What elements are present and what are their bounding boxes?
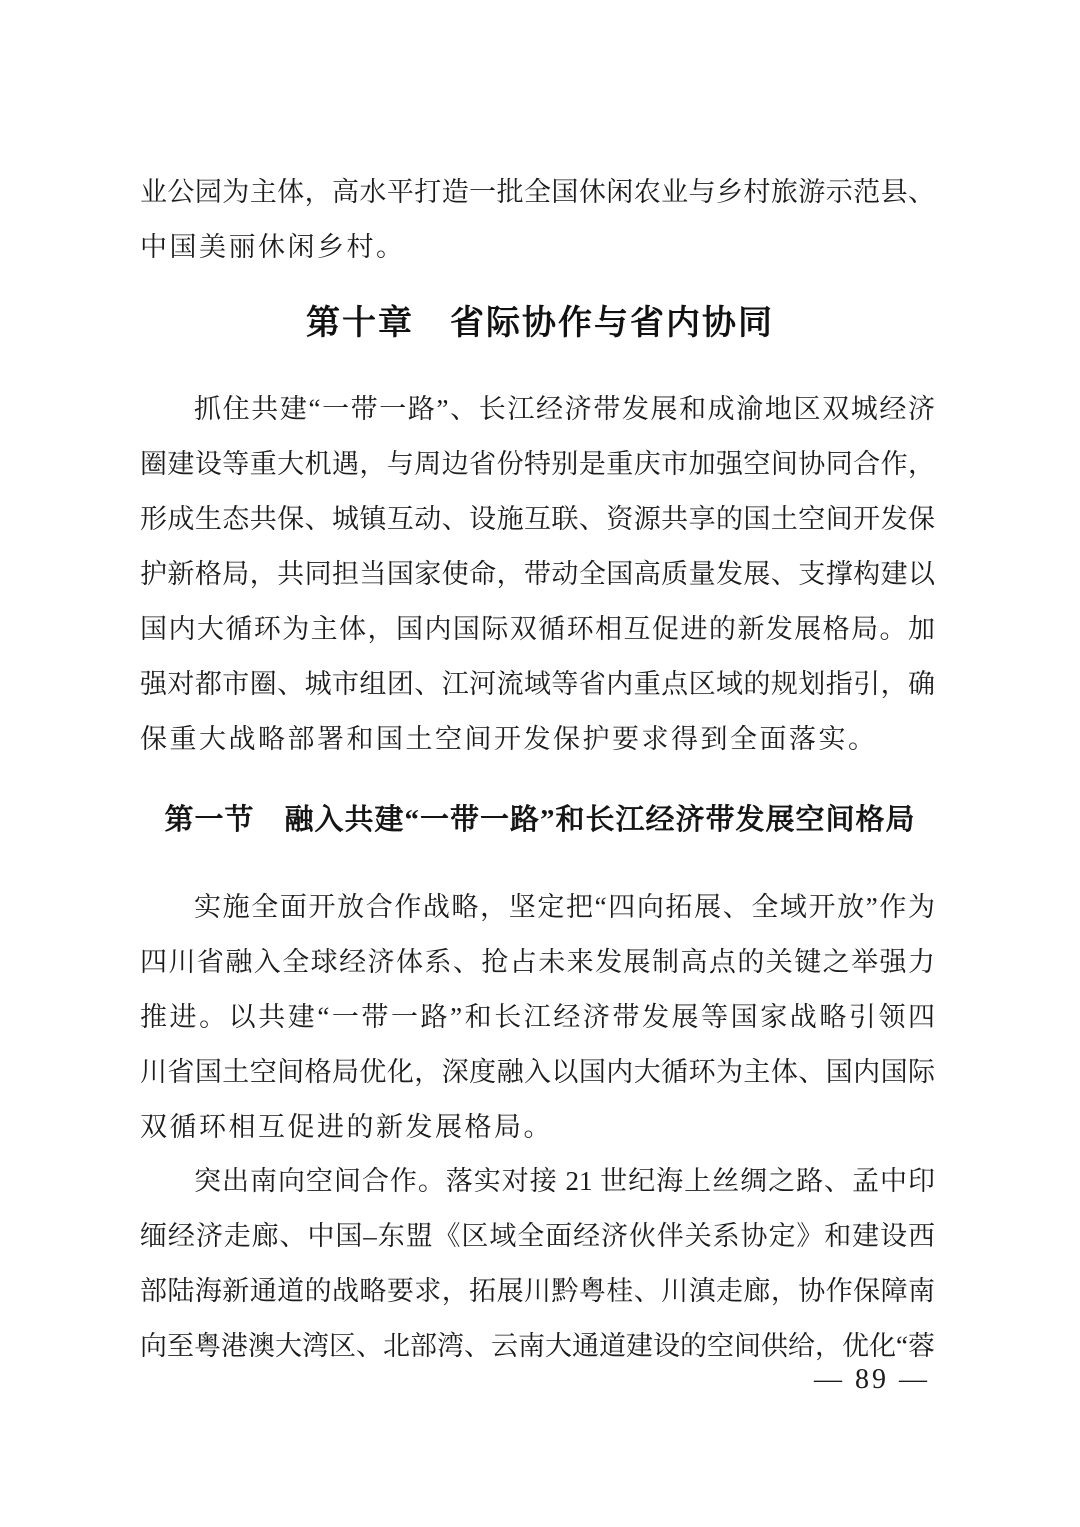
text-line: 抓住共建“一带一路”、长江经济带发展和成渝地区双城经济 [140, 382, 935, 437]
text-line: 突出南向空间合作。落实对接 21 世纪海上丝绸之路、孟中印 [140, 1154, 935, 1209]
text-line: 强对都市圈、城市组团、江河流域等省内重点区域的规划指引，确 [140, 657, 935, 712]
text-line: 实施全面开放合作战略，坚定把“四向拓展、全域开放”作为 [140, 880, 935, 935]
section-paragraph-2: 突出南向空间合作。落实对接 21 世纪海上丝绸之路、孟中印 缅经济走廊、中国–东… [140, 1154, 935, 1374]
text-line: 国内大循环为主体，国内国际双循环相互促进的新发展格局。加 [140, 602, 935, 657]
chapter-lead-paragraph: 抓住共建“一带一路”、长江经济带发展和成渝地区双城经济 圈建设等重大机遇，与周边… [140, 382, 935, 767]
text-line: 缅经济走廊、中国–东盟《区域全面经济伙伴关系协定》和建设西 [140, 1209, 935, 1264]
text-line: 四川省融入全球经济体系、抢占未来发展制高点的关键之举强力 [140, 935, 935, 990]
text-line: 护新格局，共同担当国家使命，带动全国高质量发展、支撑构建以 [140, 547, 935, 602]
text-line: 形成生态共保、城镇互动、设施互联、资源共享的国土空间开发保 [140, 492, 935, 547]
intro-paragraph: 业公园为主体，高水平打造一批全国休闲农业与乡村旅游示范县、 中国美丽休闲乡村。 [140, 165, 935, 275]
text-line: 业公园为主体，高水平打造一批全国休闲农业与乡村旅游示范县、 [140, 165, 935, 220]
page-number: — 89 — [814, 1358, 930, 1402]
text-line: 圈建设等重大机遇，与周边省份特别是重庆市加强空间协同合作， [140, 437, 935, 492]
chapter-heading: 第十章 省际协作与省内协同 [0, 296, 1080, 351]
text-line: 部陆海新通道的战略要求，拓展川黔粤桂、川滇走廊，协作保障南 [140, 1264, 935, 1319]
section-paragraph-1: 实施全面开放合作战略，坚定把“四向拓展、全域开放”作为 四川省融入全球经济体系、… [140, 880, 935, 1155]
document-page: 业公园为主体，高水平打造一批全国休闲农业与乡村旅游示范县、 中国美丽休闲乡村。 … [0, 0, 1080, 1527]
text-line: 中国美丽休闲乡村。 [140, 220, 935, 275]
text-line: 推进。以共建“一带一路”和长江经济带发展等国家战略引领四 [140, 990, 935, 1045]
text-line: 保重大战略部署和国土空间开发保护要求得到全面落实。 [140, 712, 935, 767]
text-line: 双循环相互促进的新发展格局。 [140, 1100, 935, 1155]
section-heading: 第一节 融入共建“一带一路”和长江经济带发展空间格局 [0, 793, 1080, 848]
text-line: 川省国土空间格局优化，深度融入以国内大循环为主体、国内国际 [140, 1045, 935, 1100]
